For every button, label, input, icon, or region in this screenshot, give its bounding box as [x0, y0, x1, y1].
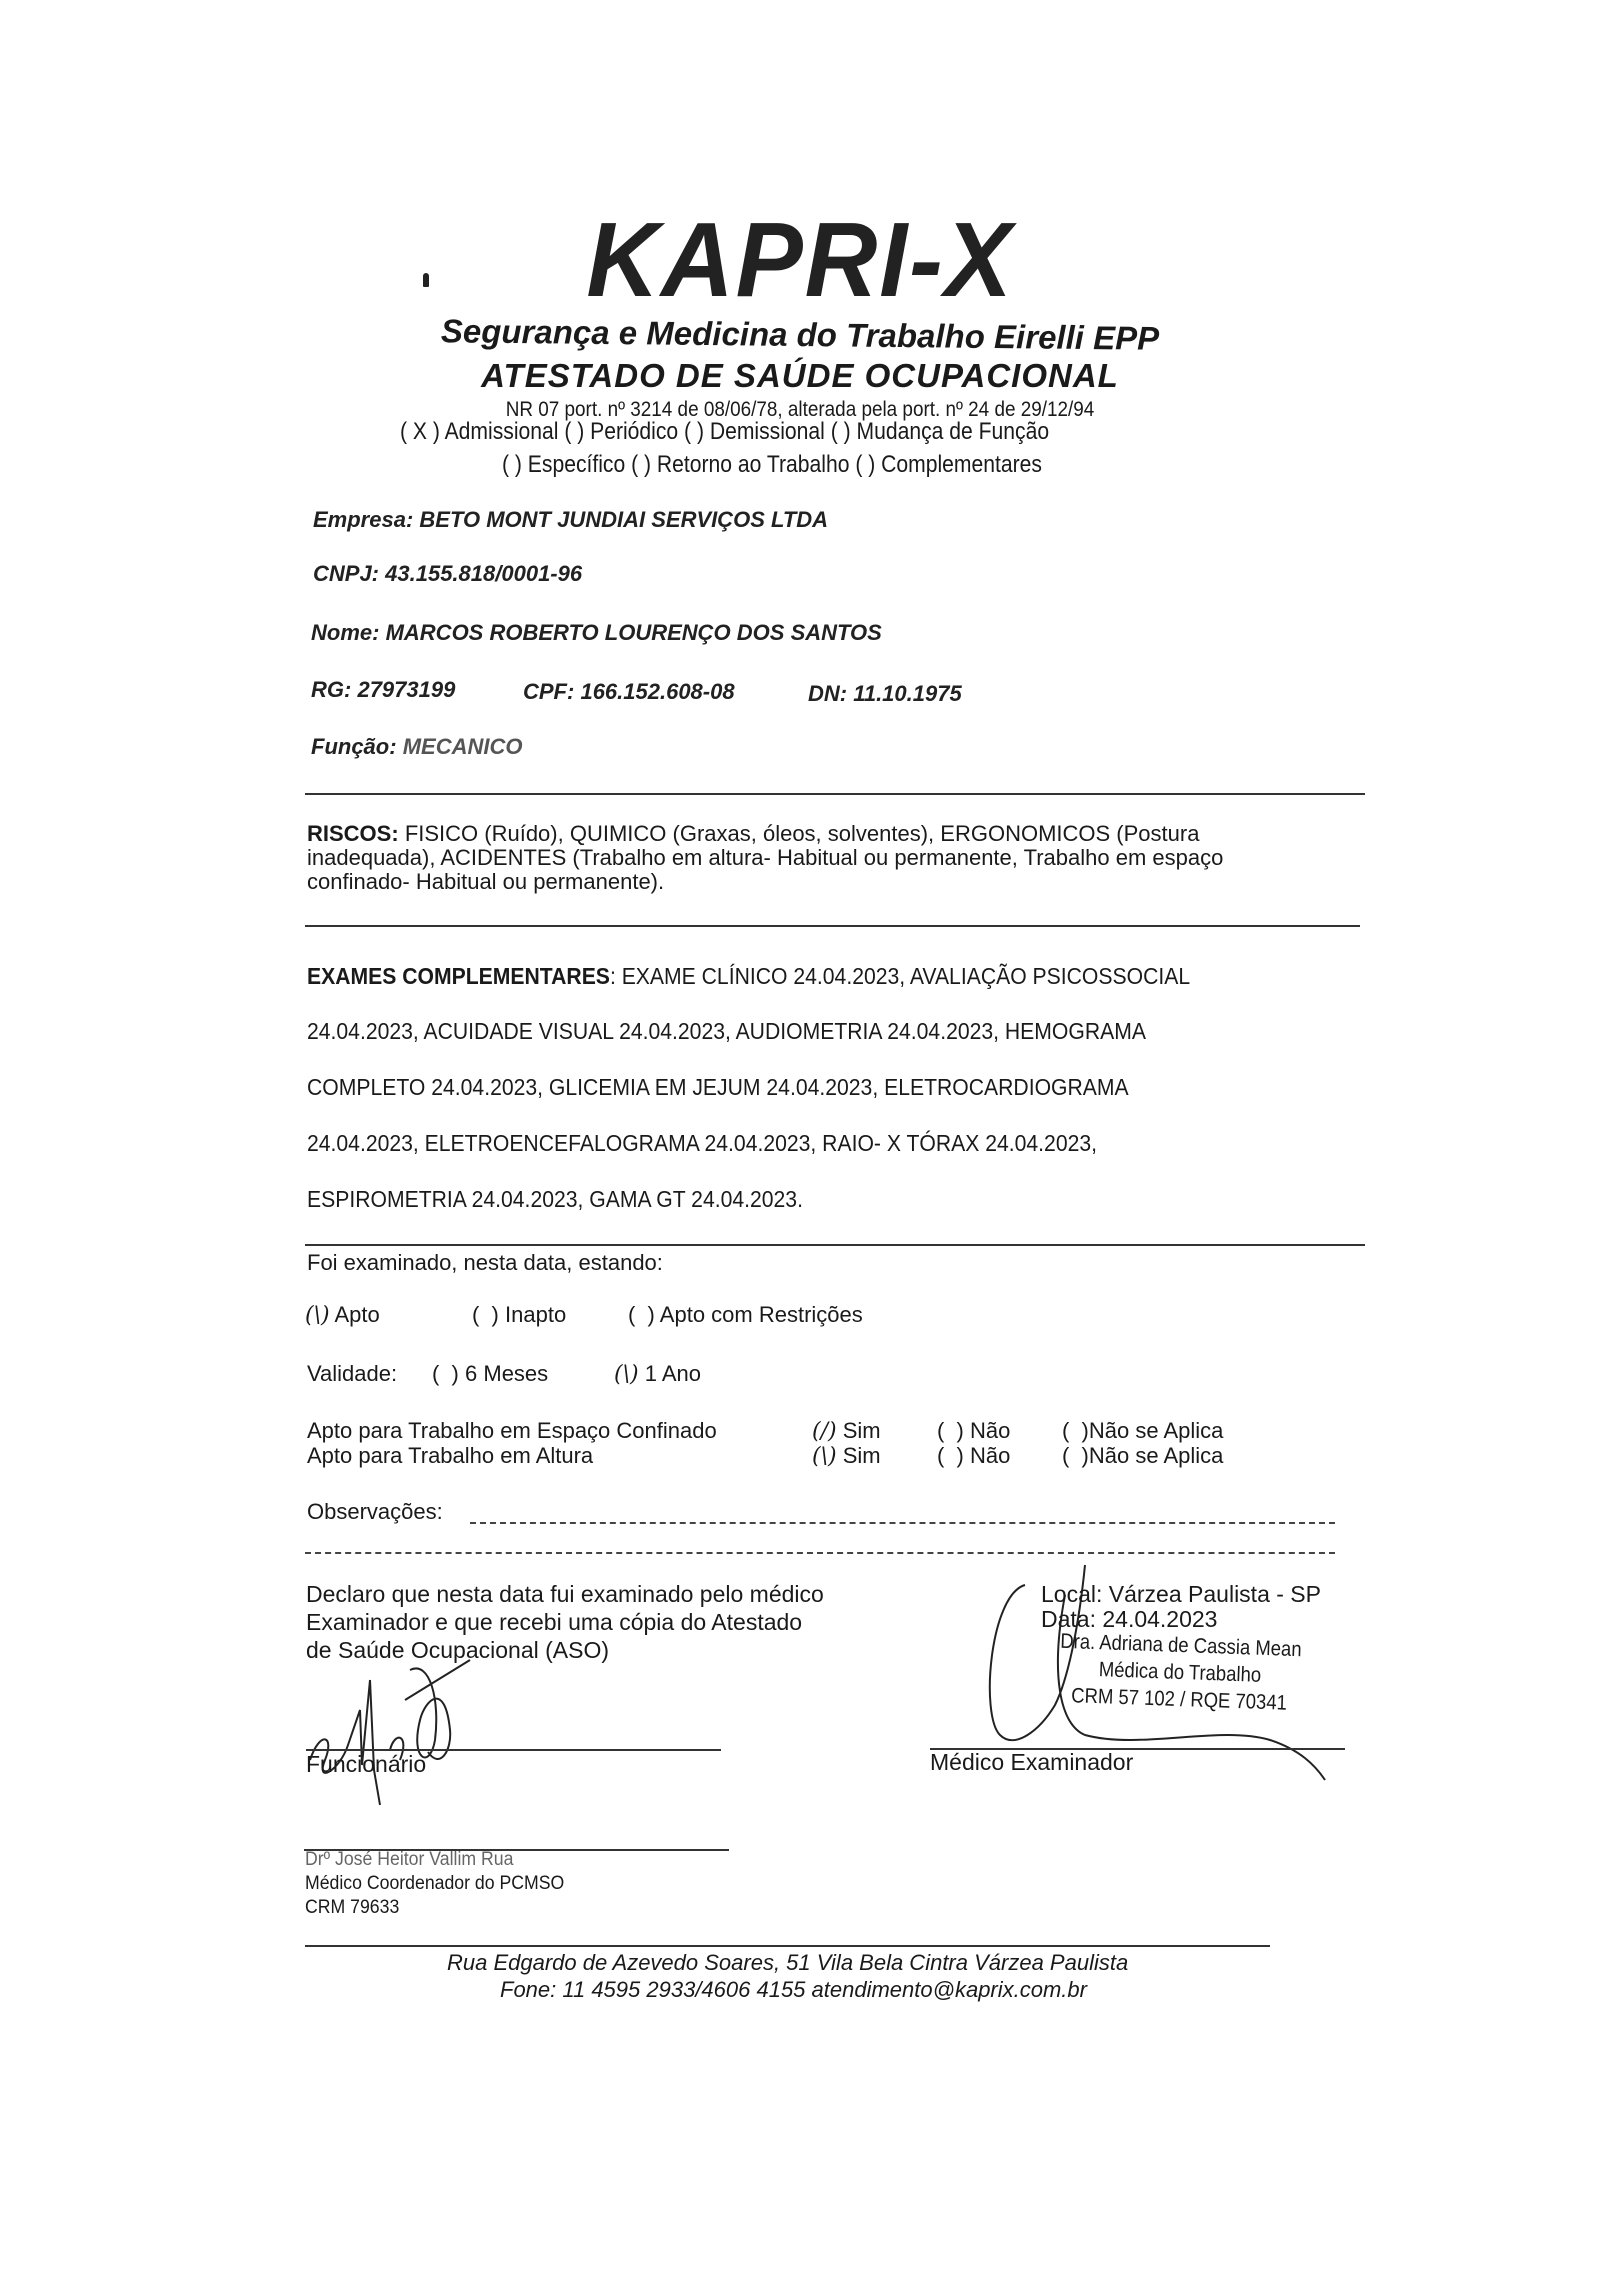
altura-label: Apto para Trabalho em Altura — [307, 1443, 593, 1469]
cnpj-label: CNPJ: — [313, 561, 379, 586]
funcao-value: MECANICO — [403, 734, 523, 759]
exam-type-options-row2: ( ) Específico ( ) Retorno ao Trabalho (… — [502, 451, 1042, 479]
riscos-line1: FISICO (Ruído), QUIMICO (Graxas, óleos, … — [405, 821, 1200, 846]
empresa-label: Empresa: — [313, 507, 413, 532]
check-mark-icon: (\) — [305, 1303, 330, 1328]
riscos-section: RISCOS: FISICO (Ruído), QUIMICO (Graxas,… — [307, 822, 1223, 894]
cnpj-field: CNPJ: 43.155.818/0001-96 — [313, 561, 582, 587]
exam-type-options-row1: ( X ) Admissional ( ) Periódico ( ) Demi… — [400, 418, 1049, 446]
altura-nao-option[interactable]: ( ) Não — [937, 1443, 1010, 1469]
observacoes-line[interactable] — [305, 1552, 1335, 1554]
dn-field: DN: 11.10.1975 — [808, 681, 962, 707]
coordinator-crm: CRM 79633 — [305, 1896, 564, 1920]
exames-line1: EXAMES COMPLEMENTARES: EXAME CLÍNICO 24.… — [307, 963, 1190, 990]
riscos-line2: inadequada), ACIDENTES (Trabalho em altu… — [307, 846, 1223, 870]
exames-line4: 24.04.2023, ELETROENCEFALOGRAMA 24.04.20… — [307, 1130, 1097, 1157]
rg-field: RG: 27973199 — [311, 677, 455, 703]
empresa-field: Empresa: BETO MONT JUNDIAI SERVIÇOS LTDA — [313, 507, 828, 533]
riscos-label: RISCOS: — [307, 821, 399, 846]
funcao-label: Função: — [311, 734, 397, 759]
confinado-nao-aplica-option[interactable]: ( )Não se Aplica — [1062, 1418, 1223, 1444]
coordinator-name: Drº José Heitor Vallim Rua — [305, 1848, 564, 1872]
medico-examinador-label: Médico Examinador — [930, 1748, 1133, 1776]
altura-nao-aplica-option[interactable]: ( )Não se Aplica — [1062, 1443, 1223, 1469]
apto-restricoes-option[interactable]: ( ) Apto com Restrições — [628, 1302, 863, 1328]
confinado-label: Apto para Trabalho em Espaço Confinado — [307, 1418, 717, 1444]
doctor-stamp: Dra. Adriana de Cassia Mean Médica do Tr… — [1055, 1628, 1304, 1718]
confinado-sim-option[interactable]: (/) Sim — [812, 1418, 881, 1444]
check-mark-icon: (\) — [812, 1444, 837, 1469]
validade-label: Validade: — [307, 1361, 397, 1387]
observacoes-line[interactable] — [470, 1522, 1335, 1524]
rg-value: 27973199 — [357, 677, 455, 702]
exames-line5: ESPIROMETRIA 24.04.2023, GAMA GT 24.04.2… — [307, 1186, 803, 1213]
cnpj-value: 43.155.818/0001-96 — [385, 561, 582, 586]
divider — [305, 793, 1365, 795]
document-title: ATESTADO DE SAÚDE OCUPACIONAL — [0, 357, 1600, 395]
check-mark-icon: (\) — [614, 1362, 639, 1387]
footer-address: Rua Edgardo de Azevedo Soares, 51 Vila B… — [447, 1950, 1128, 1976]
divider — [305, 925, 1360, 927]
local: Local: Várzea Paulista - SP — [1041, 1580, 1321, 1608]
coordinator-block: Drº José Heitor Vallim Rua Médico Coorde… — [305, 1848, 564, 1920]
exames-line2: 24.04.2023, ACUIDADE VISUAL 24.04.2023, … — [307, 1018, 1146, 1045]
resultado-intro: Foi examinado, nesta data, estando: — [307, 1250, 663, 1276]
confinado-nao-option[interactable]: ( ) Não — [937, 1418, 1010, 1444]
company-logo: KAPRI-X — [40, 200, 1560, 321]
employee-signature — [300, 1640, 500, 1810]
dn-value: 11.10.1975 — [853, 681, 961, 706]
footer-contact: Fone: 11 4595 2933/4606 4155 atendimento… — [500, 1977, 1087, 2003]
cpf-field: CPF: 166.152.608-08 — [523, 679, 735, 705]
exames-line3: COMPLETO 24.04.2023, GLICEMIA EM JEJUM 2… — [307, 1074, 1129, 1101]
funcionario-label: Funcionário — [306, 1750, 426, 1778]
check-mark-icon: (/) — [812, 1419, 837, 1444]
cpf-label: CPF: — [523, 679, 574, 704]
empresa-value: BETO MONT JUNDIAI SERVIÇOS LTDA — [419, 507, 828, 532]
footer-divider — [305, 1945, 1270, 1947]
nome-value: MARCOS ROBERTO LOURENÇO DOS SANTOS — [386, 620, 882, 645]
exames-label: EXAMES COMPLEMENTARES — [307, 963, 610, 989]
riscos-line3: confinado- Habitual ou permanente). — [307, 870, 1223, 894]
observacoes-label: Observações: — [307, 1499, 443, 1525]
nome-field: Nome: MARCOS ROBERTO LOURENÇO DOS SANTOS — [311, 620, 882, 646]
funcao-field: Função: MECANICO — [311, 734, 522, 760]
dn-label: DN: — [808, 681, 847, 706]
validade-6-meses-option[interactable]: ( ) 6 Meses — [432, 1361, 548, 1387]
rg-label: RG: — [311, 677, 351, 702]
validade-1-ano-option[interactable]: (\) 1 Ano — [614, 1361, 701, 1387]
inapto-option[interactable]: ( ) Inapto — [472, 1302, 566, 1328]
nome-label: Nome: — [311, 620, 379, 645]
divider — [305, 1244, 1365, 1246]
apto-option[interactable]: (\) Apto — [305, 1302, 380, 1328]
altura-sim-option[interactable]: (\) Sim — [812, 1443, 881, 1469]
cpf-value: 166.152.608-08 — [580, 679, 734, 704]
coordinator-role: Médico Coordenador do PCMSO — [305, 1872, 564, 1896]
